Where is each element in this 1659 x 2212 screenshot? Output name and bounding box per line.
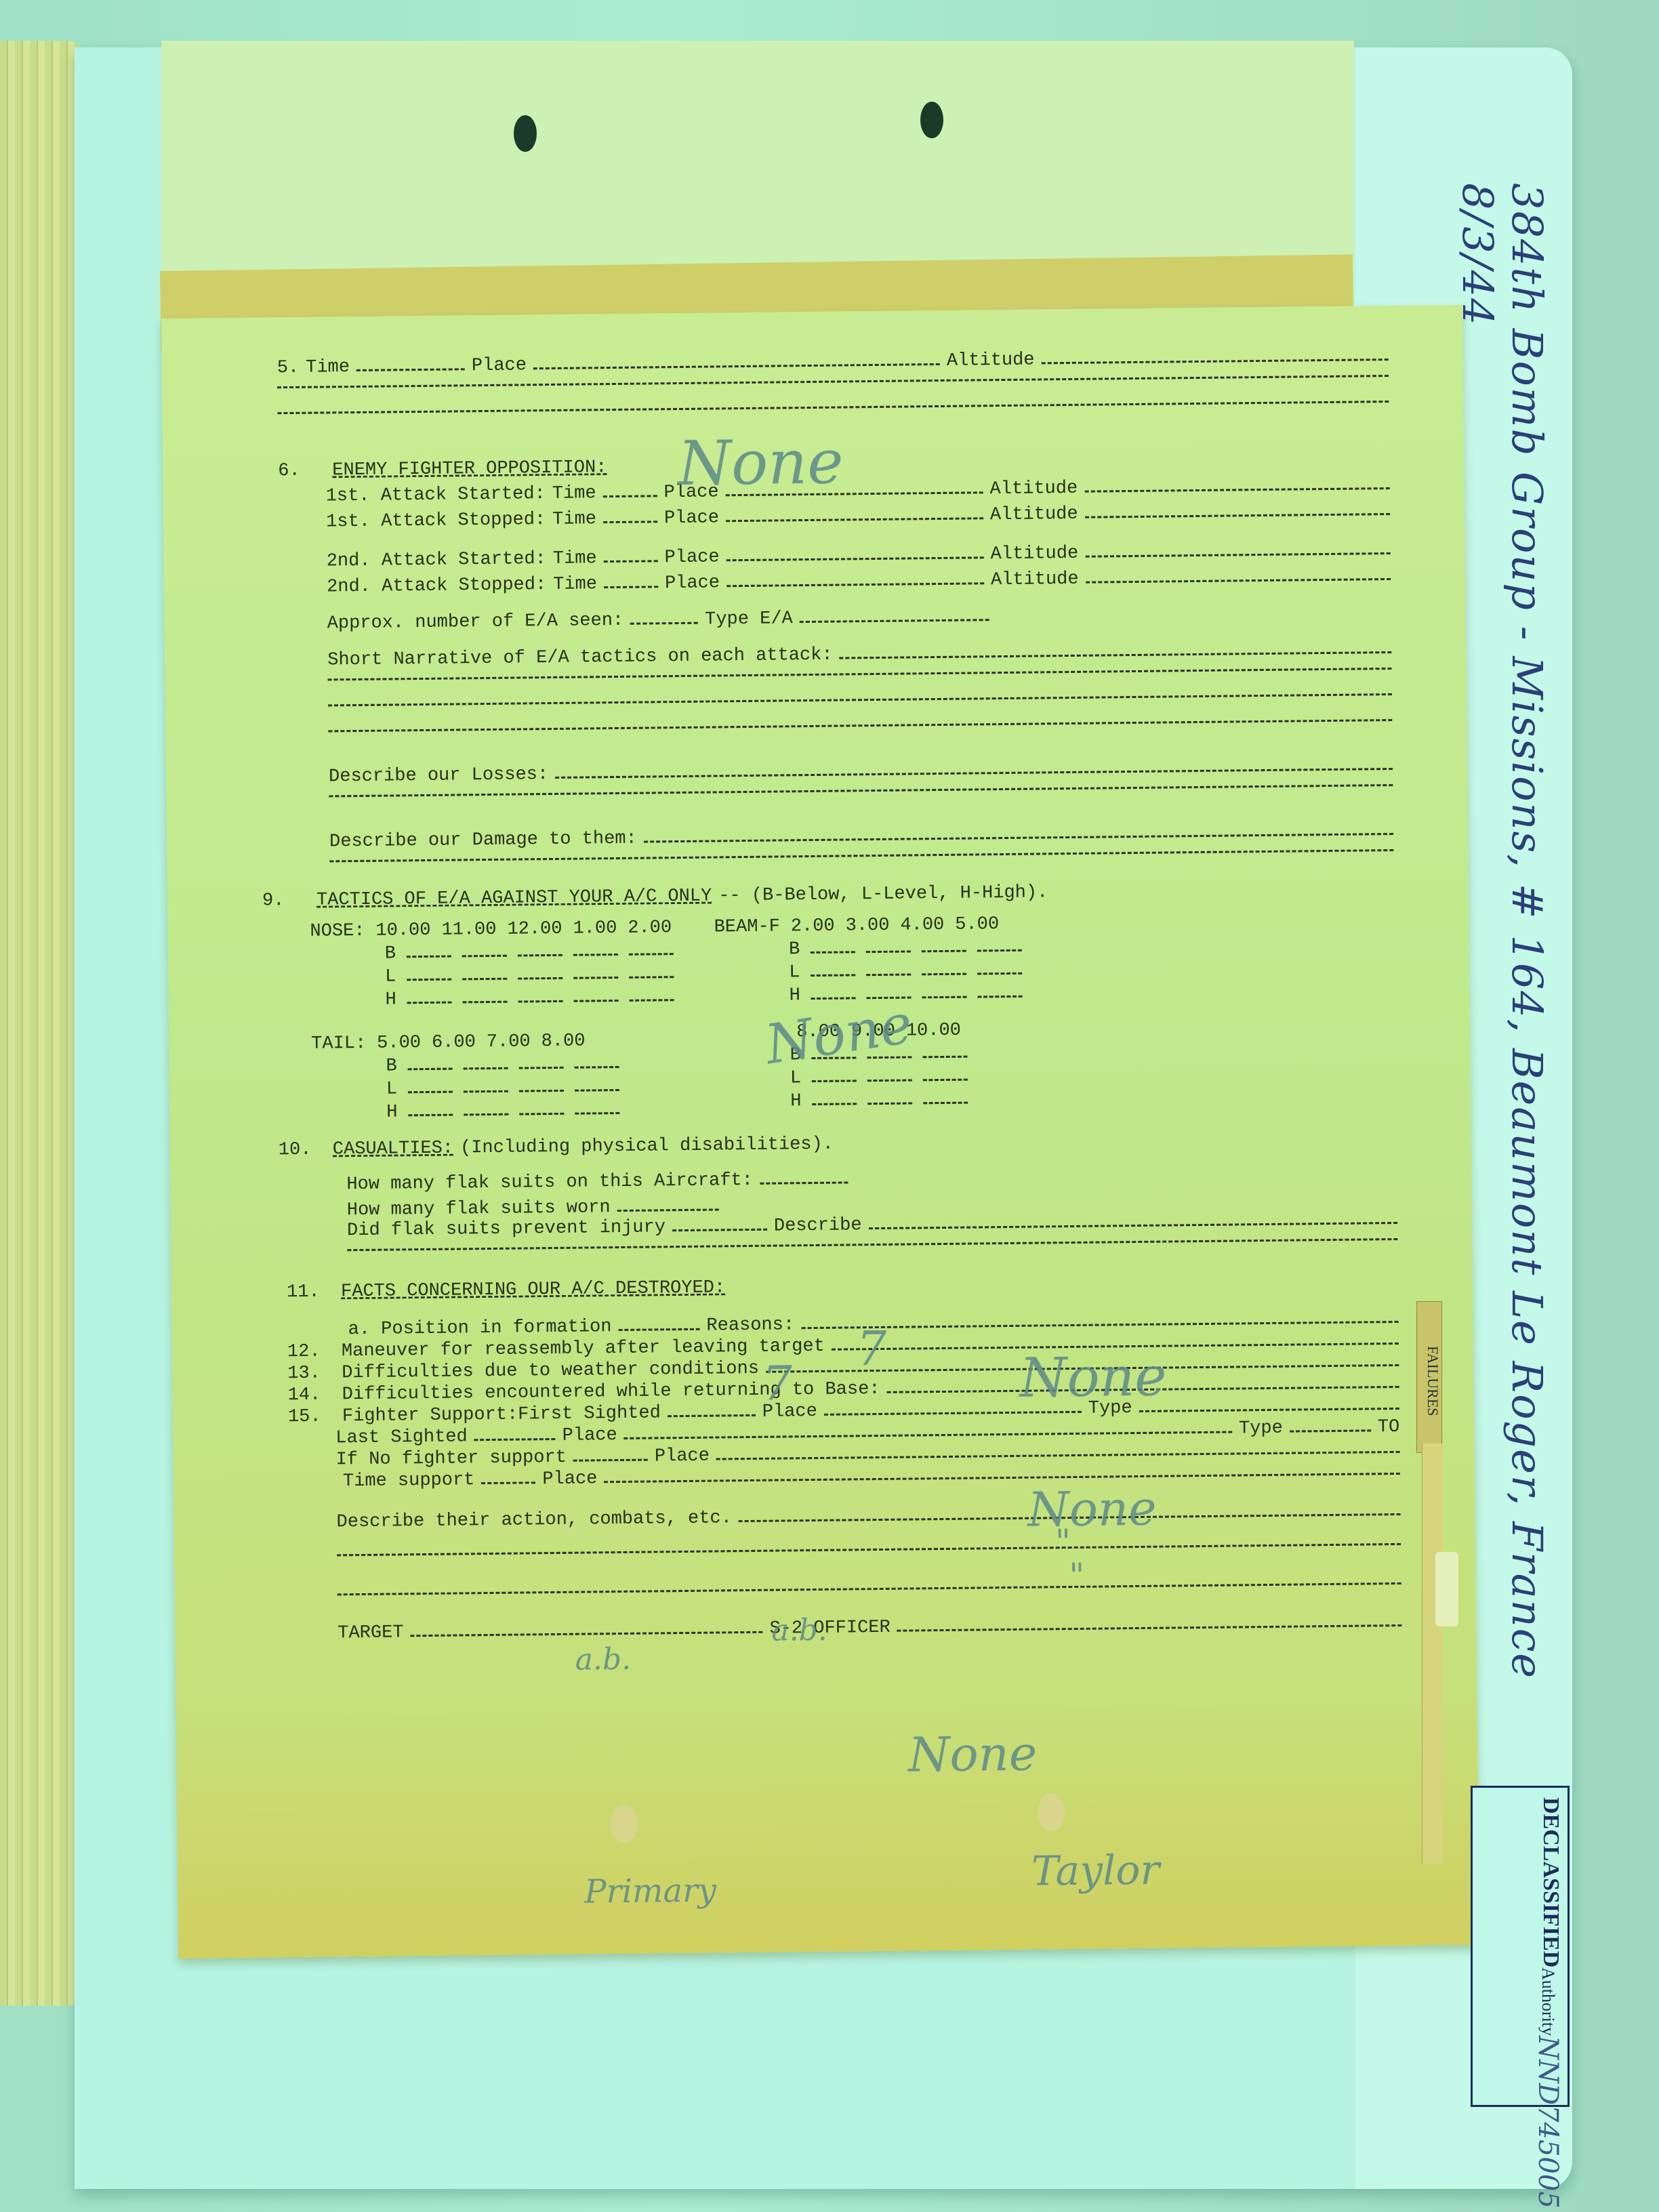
punch-hole-icon [920, 102, 943, 138]
section-heading: ENEMY FIGHTER OPPOSITION: [332, 457, 607, 480]
tactic-cell[interactable] [923, 1079, 968, 1082]
item-number: 15. [288, 1406, 335, 1427]
time-label: Time [553, 548, 597, 569]
punch-hole-icon [1038, 1793, 1065, 1831]
tactic-cell[interactable] [812, 1080, 857, 1082]
tactic-cell[interactable] [922, 973, 967, 976]
place-field[interactable] [824, 1408, 1082, 1416]
section-number: 10. [279, 1140, 326, 1161]
no-support-label: If No fighter support [335, 1448, 567, 1471]
level-label: B [789, 939, 800, 960]
stamp-authority-value: NND745005 [1532, 2036, 1563, 2209]
place-field[interactable] [533, 361, 940, 369]
beam-label: BEAM-F [714, 916, 780, 937]
place-label: Place [664, 547, 719, 568]
time-label: Time [552, 509, 596, 530]
last-sighted-label: Last Sighted [335, 1427, 468, 1448]
place-label: Place [665, 573, 720, 594]
tactic-cell[interactable] [408, 1091, 453, 1094]
flak-suits-worn-field[interactable] [617, 1206, 719, 1212]
clock-position: 6.00 [432, 1032, 476, 1053]
item-number: 12. [287, 1341, 335, 1362]
tactic-cell[interactable] [520, 1113, 565, 1115]
stamp-title: DECLASSIFIED [1477, 1797, 1563, 1967]
folder-side-label: 384th Bomb Group - Missions, # 164, Beau… [1471, 183, 1552, 1769]
losses-label: Describe our Losses: [329, 764, 548, 787]
time-support-label: Time support [343, 1470, 475, 1492]
place-field[interactable] [726, 514, 983, 522]
first-sighted-field[interactable] [668, 1412, 756, 1417]
clock-position: 2.00 [628, 918, 672, 939]
handwritten-officer: Taylor [1031, 1847, 1160, 1896]
tactic-cell[interactable] [922, 996, 967, 999]
clock-position: 8.00 [541, 1031, 586, 1052]
tactic-cell[interactable] [629, 953, 674, 956]
losses-field[interactable] [555, 765, 1393, 779]
tactic-cell[interactable] [462, 978, 507, 981]
tactic-cell[interactable] [575, 1089, 619, 1092]
time-label: Time [552, 483, 596, 504]
altitude-field[interactable] [1042, 356, 1389, 364]
clock-position: 11.00 [441, 920, 496, 941]
first-sighted-label: Fighter Support:First Sighted [342, 1403, 661, 1427]
level-label: L [385, 966, 396, 987]
tactic-cell[interactable] [923, 1056, 968, 1059]
altitude-label: Altitude [989, 478, 1078, 499]
tactic-cell[interactable] [629, 976, 674, 979]
section-heading: FACTS CONCERNING OUR A/C DESTROYED: [341, 1277, 725, 1302]
altitude-field[interactable] [1084, 485, 1390, 493]
attack-label: 1st. Attack Stopped: [326, 510, 546, 532]
failures-tab-label: FAILURES [1425, 1346, 1441, 1416]
officer-field[interactable] [897, 1622, 1402, 1632]
ea-count-field[interactable] [630, 619, 698, 625]
flak-prevent-injury-field[interactable] [672, 1226, 767, 1231]
time-label: Time [306, 357, 350, 378]
attack-label: 1st. Attack Started: [326, 484, 546, 506]
altitude-field[interactable] [1086, 575, 1391, 583]
tactic-cell[interactable] [867, 973, 912, 976]
footer-line: TARGET S-2 OFFICER [290, 1612, 1401, 1650]
no-support-field[interactable] [573, 1456, 648, 1462]
time-support-field[interactable] [481, 1479, 535, 1484]
form-content: 5. Time Place Altitude 6. ENEMY FIGHTER … [277, 346, 1402, 1650]
place-label: Place [655, 1446, 710, 1467]
tactic-cell[interactable] [978, 972, 1023, 975]
handwritten-ab-last: a.b. [575, 1642, 631, 1677]
tactic-cell[interactable] [464, 1067, 508, 1070]
clock-position: 5.00 [377, 1033, 421, 1054]
tactic-cell[interactable] [866, 950, 911, 953]
tactic-cell[interactable] [978, 996, 1023, 998]
place-field[interactable] [624, 1429, 1232, 1439]
handwritten-none-10: None [1019, 1345, 1167, 1410]
target-label: TARGET [337, 1622, 404, 1643]
handwritten-suits-aircraft: 7 [857, 1321, 887, 1376]
target-field[interactable] [411, 1629, 763, 1637]
punch-hole-icon [611, 1805, 638, 1843]
clock-position: 1.00 [573, 918, 617, 939]
position-label: a. Position in formation [348, 1317, 611, 1340]
reasons-field[interactable] [801, 1318, 1399, 1329]
place-field[interactable] [726, 554, 984, 561]
tactic-cell[interactable] [518, 954, 562, 957]
tactic-cell[interactable] [519, 1090, 564, 1092]
tactic-cell[interactable] [573, 954, 618, 956]
level-label: H [385, 989, 396, 1010]
failures-tab[interactable]: FAILURES [1416, 1301, 1442, 1453]
clock-position: 10.00 [375, 920, 430, 941]
flak-suits-aircraft-field[interactable] [760, 1179, 848, 1184]
blank-line[interactable] [337, 1540, 1401, 1556]
section-number: 6. [278, 460, 325, 481]
nose-block: NOSE: 10.00 11.00 12.00 1.00 2.00 B L H … [310, 918, 675, 1126]
handwritten-none-6: None [678, 426, 844, 499]
clock-position: 12.00 [507, 919, 562, 940]
tactic-cell[interactable] [463, 1001, 508, 1004]
describe-field[interactable] [869, 1219, 1398, 1229]
time-field[interactable] [603, 492, 657, 497]
tactic-cell[interactable] [811, 997, 856, 1000]
tail-label: TAIL: [311, 1033, 366, 1054]
handwritten-ab-first: a.b. [771, 1613, 827, 1648]
punch-hole-icon [514, 115, 537, 152]
section-subheading: (Including physical disabilities). [460, 1134, 834, 1159]
time-label: Time [553, 574, 597, 595]
describe-label: Describe [774, 1215, 862, 1236]
clock-position: 5.00 [955, 914, 999, 935]
altitude-label: Altitude [990, 544, 1078, 565]
place-label: Place [542, 1469, 597, 1490]
tactic-cell[interactable] [407, 979, 451, 981]
tactic-cell[interactable] [811, 974, 856, 977]
clock-position: 10.00 [906, 1021, 961, 1042]
attack-label: 2nd. Attack Stopped: [327, 575, 546, 597]
place-field[interactable] [604, 1470, 1400, 1483]
time-field[interactable] [604, 557, 658, 562]
level-label: H [386, 1102, 398, 1122]
place-field[interactable] [716, 1448, 1400, 1460]
section-number: 5. [277, 358, 300, 378]
altitude-label: Altitude [990, 504, 1078, 525]
place-field[interactable] [726, 579, 984, 587]
place-label: Place [472, 355, 527, 376]
nose-label: NOSE: [310, 921, 365, 942]
altitude-label: Altitude [991, 569, 1079, 590]
clock-position: 4.00 [900, 915, 944, 936]
tactic-cell[interactable] [519, 1067, 564, 1069]
tactic-cell[interactable] [630, 999, 674, 1002]
blank-line[interactable] [337, 1580, 1401, 1595]
altitude-label: Altitude [947, 350, 1035, 371]
clock-position: 7.00 [487, 1031, 531, 1052]
type-field[interactable] [1290, 1427, 1371, 1432]
type-label: Type [1239, 1418, 1283, 1439]
handwritten-ditto-13: " [1069, 1556, 1085, 1595]
reasons-label: Reasons: [706, 1315, 794, 1336]
level-label: L [789, 962, 800, 983]
ea-type-field[interactable] [800, 616, 989, 623]
handwritten-none-11: None [1027, 1481, 1157, 1538]
narrative-label: Short Narrative of E/A tactics on each a… [327, 645, 833, 671]
tactic-cell[interactable] [867, 1079, 912, 1082]
clock-position: 2.00 [791, 916, 835, 937]
section-heading: CASUALTIES: [333, 1139, 454, 1160]
place-label: Place [562, 1425, 617, 1446]
damage-field[interactable] [644, 830, 1393, 843]
altitude-field[interactable] [1085, 550, 1391, 558]
level-label: H [790, 1091, 802, 1111]
tactic-cell[interactable] [518, 977, 562, 980]
tactic-cell[interactable] [408, 1068, 453, 1071]
handwritten-target: Primary [584, 1872, 716, 1911]
item-label: Maneuver for reassembly after leaving ta… [342, 1336, 825, 1361]
flak-suits-aircraft-label: How many flak suits on this Aircraft: [346, 1170, 753, 1195]
handwritten-none-15: None [908, 1726, 1038, 1783]
narrative-field[interactable] [840, 649, 1392, 659]
tactic-cell[interactable] [575, 1112, 620, 1115]
time-field[interactable] [356, 365, 465, 371]
tactic-cell[interactable] [409, 1114, 453, 1117]
tactic-cell[interactable] [574, 1000, 619, 1002]
item-number: 14. [287, 1385, 335, 1406]
ea-count-label: Approx. number of E/A seen: [327, 611, 624, 634]
damage-label: Describe our Damage to them: [329, 829, 637, 853]
tactic-cell[interactable] [518, 1000, 563, 1003]
tactic-cell[interactable] [811, 951, 855, 954]
position-field[interactable] [618, 1326, 699, 1331]
tactic-cell[interactable] [462, 955, 507, 958]
section-heading: TACTICS OF E/A AGAINST YOUR A/C ONLY [316, 886, 712, 911]
tactic-cell[interactable] [464, 1113, 509, 1116]
item-number: 13. [287, 1363, 335, 1384]
tactic-cell[interactable] [407, 1002, 452, 1004]
last-sighted-field[interactable] [474, 1435, 556, 1441]
level-label: B [385, 943, 396, 964]
tactic-cell[interactable] [922, 950, 966, 953]
describe-action-label: Describe their action, combats, etc. [336, 1508, 732, 1532]
tactic-cell[interactable] [868, 1102, 913, 1105]
tactic-cell[interactable] [575, 1066, 619, 1069]
clock-position: 3.00 [846, 916, 890, 937]
altitude-field[interactable] [1085, 510, 1391, 518]
handwritten-suits-worn: 7 [762, 1355, 792, 1411]
level-label: L [386, 1079, 398, 1099]
level-label: H [790, 985, 801, 1006]
time-field[interactable] [603, 518, 657, 523]
declassified-stamp: DECLASSIFIED Authority NND745005 [1471, 1786, 1570, 2107]
folder-tab-light [1435, 1552, 1458, 1626]
type-field[interactable] [1139, 1405, 1399, 1412]
to-label: TO [1378, 1417, 1400, 1437]
tactic-cell[interactable] [977, 949, 1022, 952]
stamp-authority-label: Authority [1538, 1967, 1558, 2036]
flak-prevent-injury-label: Did flak suits prevent injury [347, 1217, 665, 1241]
item-label: Difficulties due to weather conditions [342, 1359, 759, 1383]
time-field[interactable] [604, 583, 658, 588]
tactic-cell[interactable] [573, 977, 618, 979]
level-label: B [386, 1056, 397, 1076]
place-label: Place [664, 508, 719, 529]
interrogation-form-page: 5. Time Place Altitude 6. ENEMY FIGHTER … [161, 305, 1479, 1959]
flak-suits-worn-label: How many flak suits worn [347, 1197, 611, 1221]
ea-type-label: Type E/A [705, 609, 793, 630]
tactic-cell[interactable] [813, 1103, 857, 1105]
tactic-cell[interactable] [407, 956, 451, 958]
tactic-cell[interactable] [924, 1102, 968, 1105]
tactic-cell[interactable] [464, 1090, 508, 1093]
section-number: 9. [262, 890, 310, 912]
folder-tab-edge [1422, 1443, 1443, 1864]
section-number: 11. [287, 1282, 334, 1303]
attack-label: 2nd. Attack Started: [327, 549, 546, 571]
left-folder-stack [0, 41, 81, 2006]
tactics-legend: -- (B-Below, L-Level, H-High). [718, 882, 1048, 906]
